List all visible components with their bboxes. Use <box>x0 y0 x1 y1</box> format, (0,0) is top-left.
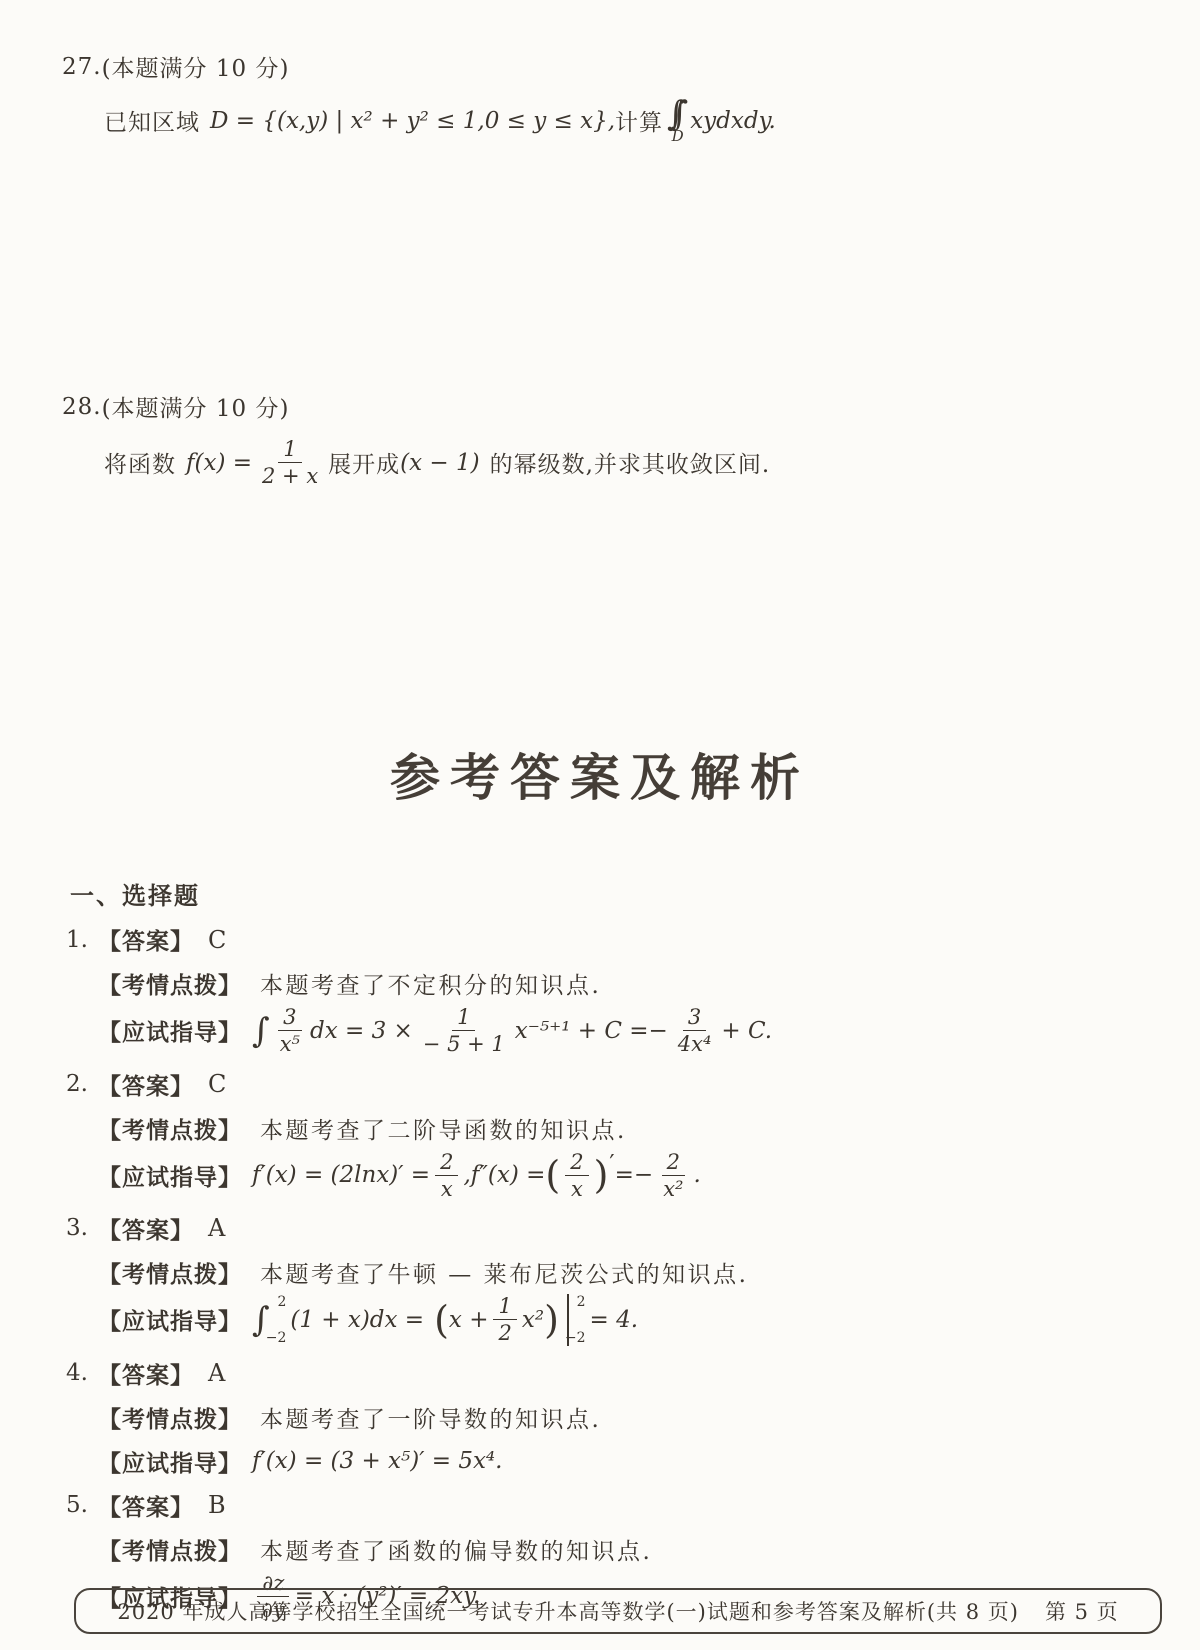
answer-label: 【答案】 <box>98 1068 194 1101</box>
question-27-header: 27. (本题满分 10 分) <box>62 50 1200 83</box>
double-integral-symbol: ∫ ∫ D <box>667 97 688 144</box>
fraction-numerator: 2 <box>662 1150 685 1176</box>
analysis-label: 【考情点拨】 <box>98 1256 242 1289</box>
integral-upper-limit: 2 <box>277 1294 286 1310</box>
formula-segment: x + <box>449 1307 489 1333</box>
fraction-numerator: 3 <box>278 1005 301 1031</box>
fraction: 2 x <box>435 1150 458 1201</box>
fraction-numerator: 1 <box>278 437 301 463</box>
question-number: 28. <box>62 394 102 420</box>
answer-letter: A <box>208 1359 225 1387</box>
fraction: 3 x⁵ <box>275 1005 305 1056</box>
analysis-text: 本题考查了函数的偏导数的知识点. <box>260 1533 652 1566</box>
fraction: 1 2 <box>493 1294 516 1345</box>
answer-letter: C <box>208 1070 226 1098</box>
evaluation-bar: 2 −2 <box>567 1294 586 1346</box>
integral-sign-icon: ∫ <box>670 97 688 131</box>
item-number: 5. <box>66 1492 98 1518</box>
part-one-heading: 一、选择题 <box>70 876 1200 911</box>
answer-item-2: 2. 【答案】 C 【考情点拨】 本题考查了二阶导函数的知识点. 【应试指导】 … <box>66 1068 1200 1201</box>
formula-segment: . <box>693 1162 700 1188</box>
answer-line: 3. 【答案】 A <box>66 1212 1200 1245</box>
fraction: 3 4x⁴ <box>673 1005 717 1056</box>
fraction-denominator: − 5 + 1 <box>418 1031 510 1056</box>
left-paren: ( <box>545 1156 560 1194</box>
question-number: 27. <box>62 54 102 80</box>
answer-items: 1. 【答案】 C 【考情点拨】 本题考查了不定积分的知识点. 【应试指导】 ∫… <box>0 923 1200 1622</box>
item-number: 2. <box>66 1071 98 1097</box>
function-formula: f(x) = <box>186 450 252 476</box>
left-paren: ( <box>434 1301 449 1339</box>
analysis-text: 本题考查了牛顿 — 莱布尼茨公式的知识点. <box>260 1256 748 1289</box>
eval-upper-limit: 2 <box>577 1294 586 1310</box>
answer-label: 【答案】 <box>98 923 194 956</box>
answer-line: 2. 【答案】 C <box>66 1068 1200 1101</box>
fraction-denominator: x <box>436 1176 458 1201</box>
guide-label: 【应试指导】 <box>98 1014 242 1047</box>
integral-domain-subscript: D <box>672 129 684 144</box>
answer-item-1: 1. 【答案】 C 【考情点拨】 本题考查了不定积分的知识点. 【应试指导】 ∫… <box>66 923 1200 1056</box>
answer-letter: C <box>208 926 226 954</box>
answer-line: 1. 【答案】 C <box>66 923 1200 956</box>
question-28-body: 将函数 f(x) = 1 2 + x 展开成 (x − 1) 的幂级数,并求其收… <box>104 437 1200 488</box>
answer-label: 【答案】 <box>98 1489 194 1522</box>
analysis-line: 【考情点拨】 本题考查了牛顿 — 莱布尼茨公式的知识点. <box>98 1256 1200 1289</box>
page-number: 第 5 页 <box>1045 1596 1119 1626</box>
fraction-numerator: 1 <box>493 1294 516 1320</box>
eval-lower-limit: −2 <box>565 1330 586 1346</box>
answer-label: 【答案】 <box>98 1212 194 1245</box>
analysis-label: 【考情点拨】 <box>98 1533 242 1566</box>
analysis-text: 本题考查了一阶导数的知识点. <box>260 1401 601 1434</box>
formula-segment: (1 + x)dx = <box>290 1307 424 1333</box>
analysis-text: 本题考查了不定积分的知识点. <box>260 967 601 1000</box>
guide-line: 【应试指导】 ∫ 3 x⁵ dx = 3 × 1 − 5 + 1 x⁻⁵⁺¹ +… <box>98 1005 1200 1056</box>
power-series-term: (x − 1) <box>400 450 479 476</box>
formula-segment: ,f″(x) = <box>463 1162 545 1188</box>
question-tail-text: 的幂级数,并求其收敛区间. <box>490 446 771 479</box>
formula-segment: + C. <box>721 1018 772 1044</box>
answers-title: 参考答案及解析 <box>0 738 1200 810</box>
analysis-line: 【考情点拨】 本题考查了不定积分的知识点. <box>98 967 1200 1000</box>
prime-mark: ′ <box>609 1151 614 1177</box>
integral-sign-icon: ∫ <box>252 1014 270 1048</box>
fraction-numerator: 2 <box>565 1150 588 1176</box>
right-paren: ) <box>594 1156 609 1194</box>
analysis-text: 本题考查了二阶导函数的知识点. <box>260 1112 627 1145</box>
guide-label: 【应试指导】 <box>98 1445 242 1478</box>
fraction-denominator: x² <box>658 1176 688 1201</box>
formula-segment: =− <box>615 1162 654 1188</box>
item-number: 4. <box>66 1360 98 1386</box>
footer-text: 2020 年成人高等学校招生全国统一考试专升本高等数学(一)试题和参考答案及解析… <box>117 1596 1019 1626</box>
formula-segment: = 4. <box>590 1307 639 1333</box>
integrand-formula: xydxdy. <box>690 108 776 134</box>
answer-item-3: 3. 【答案】 A 【考情点拨】 本题考查了牛顿 — 莱布尼茨公式的知识点. 【… <box>66 1212 1200 1346</box>
score-note: (本题满分 10 分) <box>102 390 290 423</box>
expand-text: 展开成 <box>328 446 400 479</box>
answer-label: 【答案】 <box>98 1357 194 1390</box>
fraction-denominator: 2 <box>493 1320 516 1345</box>
guide-line: 【应试指导】 f′(x) = (2lnx)′ = 2 x ,f″(x) = ( … <box>98 1150 1200 1201</box>
answer-letter: B <box>208 1491 226 1519</box>
item-number: 3. <box>66 1215 98 1241</box>
fraction-denominator: x <box>566 1176 588 1201</box>
guide-line: 【应试指导】 f′(x) = (3 + x⁵)′ = 5x⁴. <box>98 1445 1200 1478</box>
question-28: 28. (本题满分 10 分) 将函数 f(x) = 1 2 + x 展开成 (… <box>62 390 1200 488</box>
question-27-body: 已知区域 D = {(x,y) | x² + y² ≤ 1,0 ≤ y ≤ x}… <box>104 97 1200 144</box>
page-footer: 2020 年成人高等学校招生全国统一考试专升本高等数学(一)试题和参考答案及解析… <box>74 1588 1162 1634</box>
exam-answer-page: { "questions": [ { "number": "27.", "sco… <box>0 0 1200 1650</box>
fraction: 2 x² <box>658 1150 688 1201</box>
formula-segment: x² <box>522 1307 544 1333</box>
item-number: 1. <box>66 927 98 953</box>
integral-lower-limit: −2 <box>266 1330 287 1346</box>
right-paren: ) <box>544 1301 559 1339</box>
question-27: 27. (本题满分 10 分) 已知区域 D = {(x,y) | x² + y… <box>62 0 1200 144</box>
formula-segment: x⁻⁵⁺¹ + C =− <box>515 1018 668 1044</box>
question-text: 已知区域 <box>104 104 200 137</box>
formula-segment: f′(x) = (2lnx)′ = <box>252 1162 430 1188</box>
analysis-label: 【考情点拨】 <box>98 1112 242 1145</box>
fraction-denominator: 4x⁴ <box>673 1031 717 1056</box>
question-text: 将函数 <box>104 446 176 479</box>
guide-label: 【应试指导】 <box>98 1159 242 1192</box>
analysis-line: 【考情点拨】 本题考查了函数的偏导数的知识点. <box>98 1533 1200 1566</box>
answer-line: 4. 【答案】 A <box>66 1357 1200 1390</box>
formula-segment: f′(x) = (3 + x⁵)′ = 5x⁴. <box>252 1448 502 1474</box>
answer-line: 5. 【答案】 B <box>66 1489 1200 1522</box>
compute-text: 计算 <box>615 104 663 137</box>
answer-item-4: 4. 【答案】 A 【考情点拨】 本题考查了一阶导数的知识点. 【应试指导】 f… <box>66 1357 1200 1478</box>
definite-integral-symbol: ∫ 2 −2 <box>252 1294 286 1346</box>
fraction-numerator: 2 <box>435 1150 458 1176</box>
fraction: 1 − 5 + 1 <box>418 1005 510 1056</box>
analysis-line: 【考情点拨】 本题考查了一阶导数的知识点. <box>98 1401 1200 1434</box>
formula-segment: dx = 3 × <box>310 1018 413 1044</box>
question-28-header: 28. (本题满分 10 分) <box>62 390 1200 423</box>
analysis-line: 【考情点拨】 本题考查了二阶导函数的知识点. <box>98 1112 1200 1145</box>
fraction-numerator: 1 <box>452 1005 475 1031</box>
guide-line: 【应试指导】 ∫ 2 −2 (1 + x)dx = ( x + 1 2 x² ) <box>98 1294 1200 1346</box>
fraction: 2 x <box>565 1150 588 1201</box>
fraction-numerator: 3 <box>683 1005 706 1031</box>
analysis-label: 【考情点拨】 <box>98 967 242 1000</box>
analysis-label: 【考情点拨】 <box>98 1401 242 1434</box>
region-definition-formula: D = {(x,y) | x² + y² ≤ 1,0 ≤ y ≤ x}, <box>210 108 615 134</box>
answer-letter: A <box>208 1214 225 1242</box>
guide-label: 【应试指导】 <box>98 1303 242 1336</box>
fraction-denominator: x⁵ <box>275 1031 305 1056</box>
fraction-denominator: 2 + x <box>257 463 323 488</box>
fraction: 1 2 + x <box>257 437 323 488</box>
score-note: (本题满分 10 分) <box>102 50 290 83</box>
